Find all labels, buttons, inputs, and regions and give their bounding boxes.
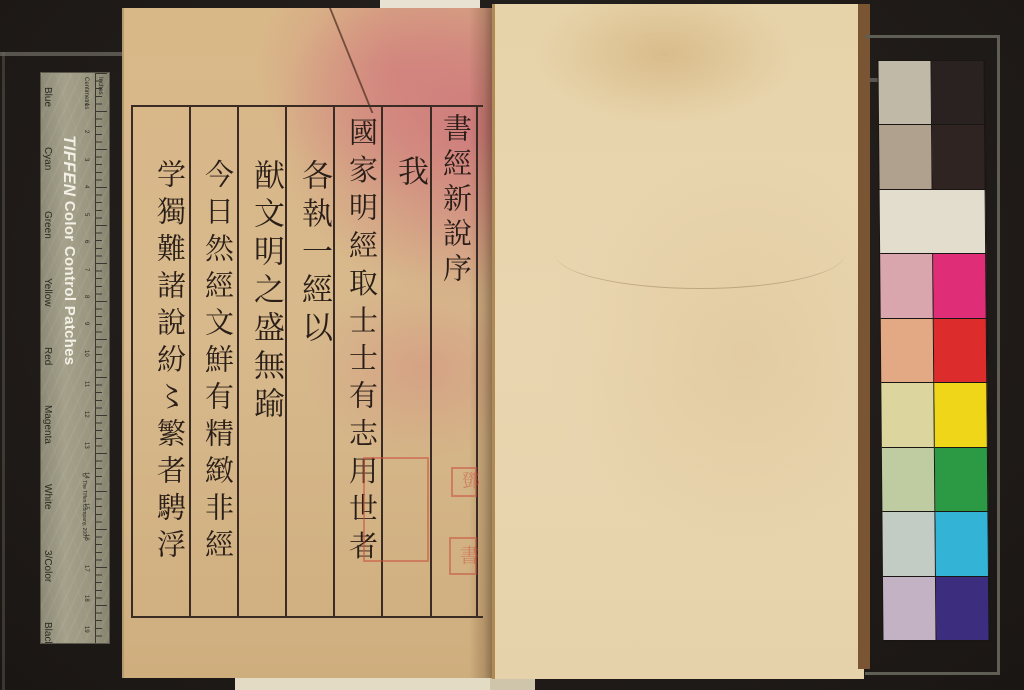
text-column-3: 各執一經以 bbox=[292, 159, 336, 349]
cm-mark: 9 bbox=[83, 322, 89, 325]
color-label: Magenta bbox=[42, 405, 53, 444]
cm-mark: 14 bbox=[83, 472, 89, 479]
printed-text-frame: 書經新說序 我 國家明經取士士有志用世者 各執一經以 猷文明之盛無踰 今日然經文… bbox=[131, 105, 483, 618]
page-underlay-bottom bbox=[235, 676, 490, 690]
text-column-6: 学獨難諸說紛〻繁者騁浮 bbox=[148, 159, 192, 566]
color-patch-near-black bbox=[931, 61, 985, 125]
inches-label: Inches bbox=[97, 77, 103, 95]
color-patch-light-yellow bbox=[881, 383, 935, 447]
preface-title: 書經新說序 bbox=[436, 113, 476, 288]
collector-seal-small: 書 bbox=[449, 537, 477, 575]
cm-mark: 5 bbox=[83, 213, 89, 216]
text-column-1: 我 bbox=[388, 155, 432, 193]
color-patch-magenta bbox=[933, 254, 987, 318]
cm-mark: 13 bbox=[83, 442, 89, 449]
color-patch-light-red bbox=[881, 319, 935, 383]
color-label: Yellow bbox=[42, 278, 53, 307]
color-patch-cyan bbox=[935, 512, 989, 576]
cm-mark: 6 bbox=[83, 240, 89, 243]
color-label: Black bbox=[42, 622, 53, 644]
right-page-blank bbox=[492, 4, 864, 679]
cm-mark: 3 bbox=[83, 158, 89, 161]
paper-fold-mark bbox=[555, 219, 845, 289]
color-patch-light-magenta bbox=[880, 254, 934, 318]
cm-mark: 10 bbox=[83, 350, 89, 357]
seal-text: 書 bbox=[454, 545, 483, 565]
color-label: Red bbox=[42, 347, 53, 365]
color-label: Blue bbox=[42, 87, 53, 107]
color-patch-light-blue-violet bbox=[883, 577, 937, 641]
color-patch-blue-violet bbox=[936, 577, 990, 641]
ruler-title: Color Control Patches bbox=[61, 201, 78, 366]
cm-mark: 17 bbox=[83, 565, 89, 572]
ruler-brand: TIFFEN Color Control Patches bbox=[59, 135, 79, 365]
color-patch-yellow bbox=[934, 383, 988, 447]
ruler-ticks-major bbox=[95, 73, 109, 643]
board-frame-line bbox=[2, 52, 5, 690]
tiffen-logo: TIFFEN bbox=[60, 135, 79, 196]
collector-seal-small: 鄧 bbox=[451, 467, 477, 497]
color-patch-red bbox=[934, 319, 988, 383]
tiffen-color-ruler: Blue Cyan Green Yellow Red Magenta White… bbox=[40, 72, 110, 644]
color-patch-light-green bbox=[882, 448, 936, 512]
color-calibration-chart bbox=[877, 60, 990, 642]
seal-text: 鄧 bbox=[456, 471, 482, 489]
paper-crack bbox=[329, 8, 373, 113]
left-page: 書經新說序 我 國家明經取士士有志用世者 各執一經以 猷文明之盛無踰 今日然經文… bbox=[122, 8, 492, 678]
color-patch-light-cyan bbox=[882, 512, 936, 576]
color-label: White bbox=[42, 484, 53, 510]
color-label: Cyan bbox=[42, 147, 53, 170]
color-patch-dark-brown-grey bbox=[932, 125, 986, 189]
color-patch-white bbox=[880, 190, 987, 254]
cm-mark: 2 bbox=[83, 130, 89, 133]
color-patch-light-grey bbox=[878, 61, 932, 125]
cm-mark: 7 bbox=[83, 268, 89, 271]
text-column-5: 今日然經文鮮有精緻非經 bbox=[196, 159, 240, 566]
cm-mark: 11 bbox=[83, 381, 89, 387]
cm-mark: 19 bbox=[83, 626, 89, 633]
color-label: Green bbox=[42, 211, 53, 239]
text-column-4: 猷文明之盛無踰 bbox=[244, 159, 288, 425]
cm-mark: 15 bbox=[83, 503, 89, 510]
cm-mark: 12 bbox=[83, 411, 89, 418]
color-patch-warm-grey bbox=[879, 125, 933, 189]
board-frame-line bbox=[0, 52, 122, 56]
color-patch-green bbox=[935, 448, 989, 512]
cm-numbers: 1 2 3 4 5 6 7 8 9 10 11 12 13 14 15 16 1… bbox=[83, 103, 89, 633]
cm-mark: 4 bbox=[83, 185, 89, 188]
color-label: 3/Color bbox=[42, 550, 53, 582]
cm-mark: 1 bbox=[83, 103, 89, 106]
collector-seal-large bbox=[363, 457, 429, 562]
cm-mark: 8 bbox=[83, 295, 89, 298]
cm-mark: 16 bbox=[83, 534, 89, 541]
cm-mark: 18 bbox=[83, 595, 89, 602]
ruler-color-labels: Blue Cyan Green Yellow Red Magenta White… bbox=[42, 87, 53, 644]
